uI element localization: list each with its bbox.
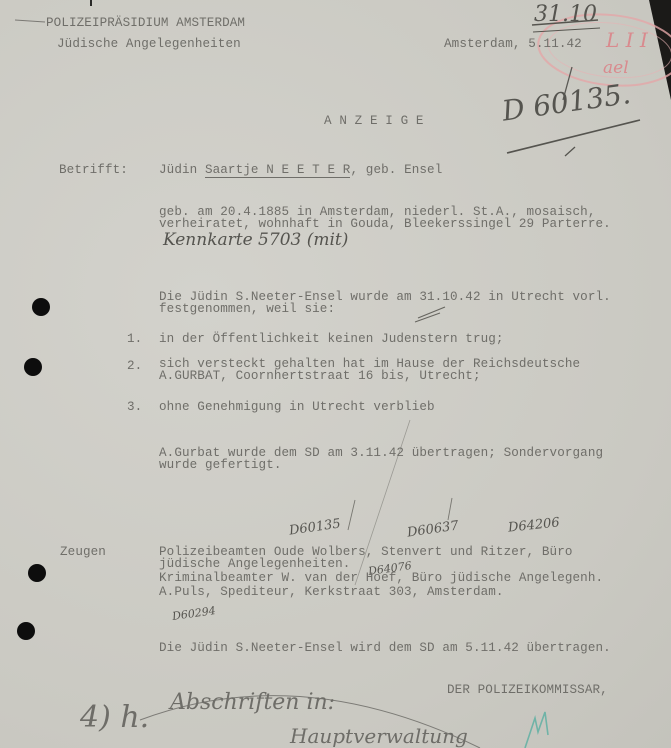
handwritten-copies-line-2: Hauptverwaltung — [290, 724, 468, 748]
subject-line: Jüdin Saartje N E E T E R, geb. Ensel — [159, 164, 442, 177]
reason-text: ohne Genehmigung in Utrecht verblieb — [159, 401, 435, 414]
subject-first-name: Saartje — [205, 163, 259, 178]
witnesses-label: Zeugen — [60, 546, 106, 559]
witness-line: jüdische Angelegenheiten. — [159, 558, 350, 571]
handwritten-item-number: 4) h. — [80, 700, 149, 735]
punch-hole — [17, 622, 35, 640]
witness-line: A.Puls, Spediteur, Kerkstraat 303, Amste… — [159, 586, 504, 599]
subject-surname: N E E T E R — [266, 163, 350, 178]
handwritten-copies: Abschriften in: — [170, 690, 335, 715]
document-page: POLIZEIPRÄSIDIUM AMSTERDAM Jüdische Ange… — [0, 0, 671, 748]
document-title: A N Z E I G E — [324, 115, 424, 128]
stamp-initials: ael — [603, 58, 629, 78]
handwritten-kennkarte: Kennkarte 5703 (mit) — [163, 230, 348, 250]
subject-prefix: Jüdin — [159, 163, 205, 177]
handwritten-ref-top: 31.10 — [534, 2, 597, 27]
reason-number: 1. — [127, 333, 142, 346]
witness-line: Kriminalbeamter W. van der Hoef, Büro jü… — [159, 572, 603, 585]
transfer-line-2: wurde gefertigt. — [159, 459, 282, 472]
signature-block: DER POLIZEIKOMMISSAR, — [447, 684, 608, 697]
arrest-line-2: festgenommen, weil sie: — [159, 303, 335, 316]
punch-hole — [28, 564, 46, 582]
reason-number: 3. — [127, 401, 142, 414]
place-date: Amsterdam, 5.11.42 — [444, 38, 582, 51]
subject-label: Betrifft: — [59, 164, 128, 177]
reason-number: 2. — [127, 360, 142, 373]
punch-hole — [24, 358, 42, 376]
reason-text: A.GURBAT, Coornhertstraat 16 bis, Utrech… — [159, 370, 481, 383]
subject-suffix: , geb. Ensel — [350, 163, 442, 177]
closing-statement: Die Jüdin S.Neeter-Ensel wird dem SD am … — [159, 642, 611, 655]
punch-hole — [32, 298, 50, 316]
department-name: Jüdische Angelegenheiten — [57, 38, 241, 51]
stamp-text: L I I — [606, 28, 648, 52]
authority-name: POLIZEIPRÄSIDIUM AMSTERDAM — [46, 17, 245, 30]
reason-text: in der Öffentlichkeit keinen Judenstern … — [159, 333, 504, 346]
